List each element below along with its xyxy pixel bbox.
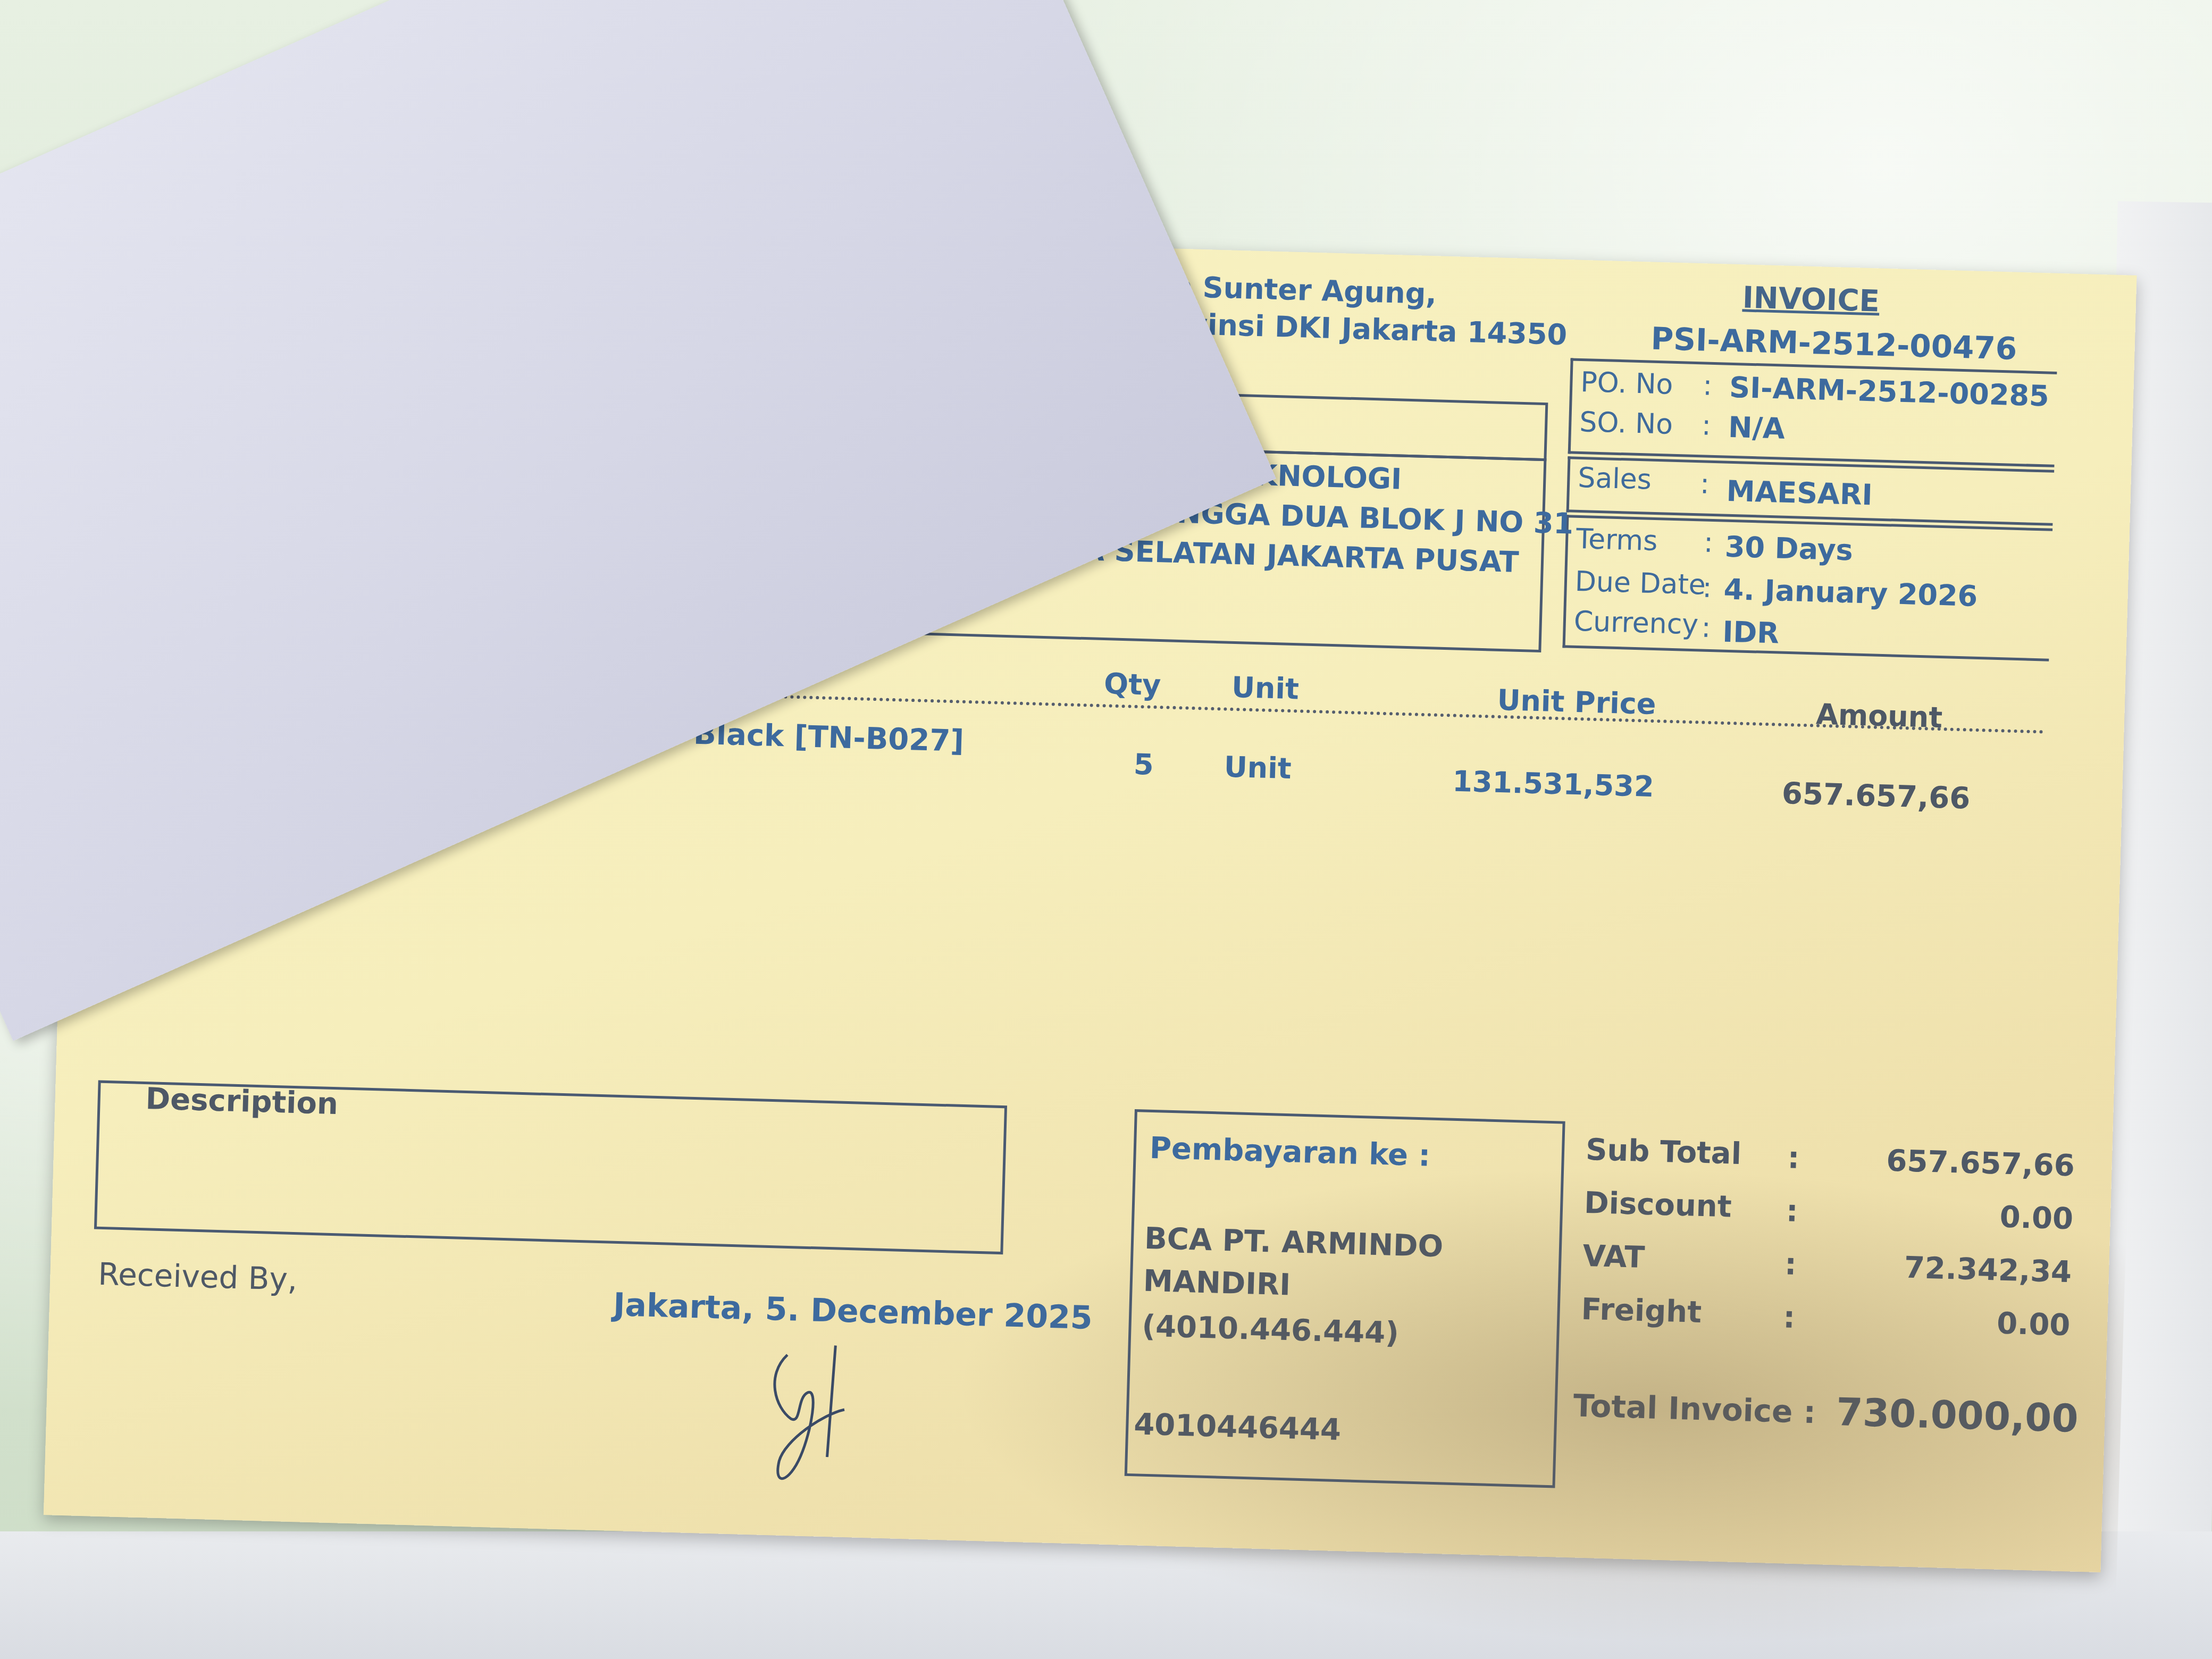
po-separator: :: [1703, 370, 1713, 401]
discount-value: 0.00: [1849, 1196, 2074, 1237]
description-label: Description: [145, 1082, 339, 1121]
terms-value: 30 Days: [1724, 530, 1854, 567]
row-unit-price: 131.531,532: [1452, 765, 1655, 804]
row-qty: 5: [1133, 748, 1154, 782]
so-separator: :: [1701, 409, 1711, 441]
invoice-title: INVOICE: [1742, 280, 1880, 319]
vat-label: VAT: [1582, 1239, 1646, 1275]
signature-icon: [752, 1333, 884, 1496]
sales-label: Sales: [1578, 462, 1652, 496]
col-header-unit: Unit: [1231, 671, 1299, 706]
subtotal-label: Sub Total: [1585, 1133, 1741, 1171]
col-header-qty: Qty: [1103, 667, 1161, 702]
currency-label: Currency: [1573, 606, 1699, 641]
so-value: N/A: [1728, 410, 1785, 446]
payment-account: 4010446444: [1134, 1407, 1342, 1447]
payment-bank-line2: MANDIRI: [1143, 1264, 1291, 1303]
payment-account-formatted: (4010.446.444): [1142, 1309, 1400, 1351]
sales-separator: :: [1699, 468, 1710, 500]
due-date-value: 4. January 2026: [1723, 573, 1978, 613]
terms-label: Terms: [1576, 523, 1658, 557]
freight-label: Freight: [1581, 1292, 1702, 1330]
freight-value: 0.00: [1847, 1302, 2071, 1343]
row-unit: Unit: [1224, 750, 1292, 786]
sales-value: MAESARI: [1726, 474, 1873, 512]
subtotal-value: 657.657,66: [1851, 1143, 2075, 1184]
total-invoice-value: 730.000,00: [1801, 1388, 2079, 1440]
invoice-number: PSI-ARM-2512-00476: [1650, 321, 2017, 367]
total-invoice-label: Total Invoice :: [1573, 1387, 1816, 1430]
due-date-separator: :: [1702, 572, 1712, 604]
po-label: PO. No: [1580, 366, 1674, 401]
so-label: SO. No: [1579, 406, 1673, 441]
vat-separator: :: [1784, 1247, 1797, 1282]
discount-label: Discount: [1583, 1186, 1732, 1225]
terms-separator: :: [1703, 527, 1713, 559]
row-amount: 657.657,66: [1781, 776, 1971, 816]
place-date: Jakarta, 5. December 2025: [613, 1286, 1093, 1337]
discount-separator: :: [1786, 1194, 1798, 1229]
due-date-label: Due Date: [1574, 566, 1706, 601]
freight-separator: :: [1783, 1300, 1796, 1335]
subtotal-separator: :: [1787, 1141, 1800, 1176]
currency-value: IDR: [1722, 615, 1780, 650]
currency-separator: :: [1701, 611, 1711, 643]
received-by-label: Received By,: [98, 1256, 298, 1297]
vat-value: 72.342,34: [1848, 1249, 2072, 1290]
